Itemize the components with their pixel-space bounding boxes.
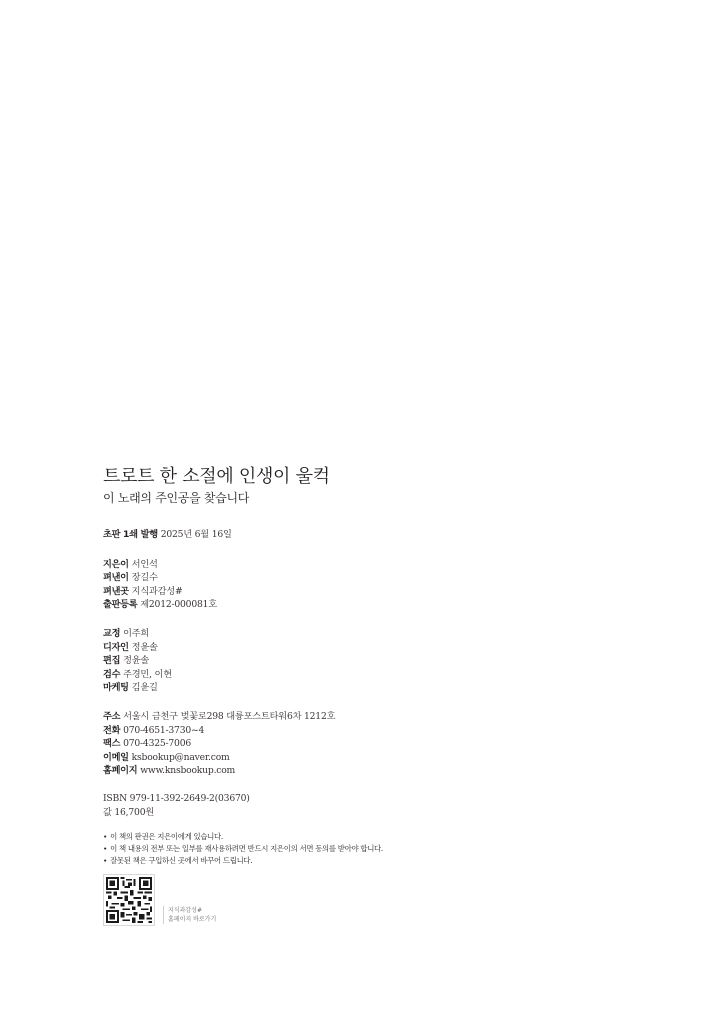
publisher-row: 펴낸곳 지식과감성# xyxy=(103,585,663,599)
fax-label: 팩스 xyxy=(103,738,120,749)
registration-label: 출판등록 xyxy=(103,599,137,610)
note-text: 이 책 내용의 전부 또는 일부를 재사용하려면 반드시 지은이의 서면 동의를… xyxy=(110,844,383,853)
homepage-label: 홈페이지 xyxy=(103,765,137,776)
colophon: 트로트 한 소절에 인생이 울컥 이 노래의 주인공을 찾습니다 초판 1쇄 발… xyxy=(103,466,663,867)
email-value: ksbookup@naver.com xyxy=(132,752,230,763)
registration-value: 제2012-000081호 xyxy=(140,599,217,610)
editing-label: 편집 xyxy=(103,655,120,666)
qr-caption-homepage-link[interactable]: 홈페이지 바로가기 xyxy=(168,915,216,924)
qr-caption-publisher: 지식과감성# xyxy=(168,906,216,915)
publisher-person-label: 펴낸이 xyxy=(103,572,129,583)
book-title: 트로트 한 소절에 인생이 울컥 xyxy=(103,466,663,488)
phone-row: 전화 070-4651-3730~4 xyxy=(103,724,663,738)
publisher-value: 지식과감성# xyxy=(132,586,183,597)
design-value: 정윤솔 xyxy=(132,642,158,653)
review-row: 검수 주경민, 이현 xyxy=(103,668,663,682)
isbn: ISBN 979-11-392-2649-2(03670) xyxy=(103,792,663,806)
homepage-row: 홈페이지 www.knsbookup.com xyxy=(103,764,663,778)
qr-caption: 지식과감성# 홈페이지 바로가기 xyxy=(163,906,216,924)
note-text: 이 책의 판권은 지은이에게 있습니다. xyxy=(110,832,223,841)
editing-row: 편집 정윤솔 xyxy=(103,654,663,668)
book-subtitle: 이 노래의 주인공을 찾습니다 xyxy=(103,490,663,506)
bullet-icon: • xyxy=(103,856,107,865)
review-label: 검수 xyxy=(103,669,120,680)
notes-list: •이 책의 판권은 지은이에게 있습니다. •이 책 내용의 전부 또는 일부를… xyxy=(103,831,663,867)
author-label: 지은이 xyxy=(103,559,129,570)
note-item: •이 책 내용의 전부 또는 일부를 재사용하려면 반드시 지은이의 서면 동의… xyxy=(103,843,663,855)
address-row: 주소 서울시 금천구 벚꽃로298 대륭포스트타워6차 1212호 xyxy=(103,710,663,724)
staff-block: 교정 이주희 디자인 정윤솔 편집 정윤솔 검수 주경민, 이현 마케팅 김윤길 xyxy=(103,627,663,695)
edition-label: 초판 1쇄 발행 xyxy=(103,529,158,540)
proofreading-label: 교정 xyxy=(103,628,120,639)
phone-label: 전화 xyxy=(103,725,120,736)
marketing-row: 마케팅 김윤길 xyxy=(103,681,663,695)
qr-code-icon[interactable] xyxy=(103,874,155,926)
marketing-value: 김윤길 xyxy=(132,682,158,693)
proofreading-value: 이주희 xyxy=(123,628,149,639)
author-row: 지은이 서인석 xyxy=(103,558,663,572)
note-text: 잘못된 책은 구입하신 곳에서 바꾸어 드립니다. xyxy=(110,856,252,865)
qr-section: 지식과감성# 홈페이지 바로가기 xyxy=(103,874,216,926)
publisher-label: 펴낸곳 xyxy=(103,586,129,597)
phone-value: 070-4651-3730~4 xyxy=(123,725,204,736)
address-value: 서울시 금천구 벚꽃로298 대륭포스트타워6차 1212호 xyxy=(123,711,335,722)
author-value: 서인석 xyxy=(132,559,158,570)
note-item: •이 책의 판권은 지은이에게 있습니다. xyxy=(103,831,663,843)
publishing-block: 지은이 서인석 펴낸이 장길수 펴낸곳 지식과감성# 출판등록 제2012-00… xyxy=(103,558,663,612)
fax-value: 070-4325-7006 xyxy=(123,738,191,749)
fax-row: 팩스 070-4325-7006 xyxy=(103,737,663,751)
note-item: •잘못된 책은 구입하신 곳에서 바꾸어 드립니다. xyxy=(103,855,663,867)
design-label: 디자인 xyxy=(103,642,129,653)
isbn-block: ISBN 979-11-392-2649-2(03670) 값 16,700원 xyxy=(103,792,663,819)
bullet-icon: • xyxy=(103,844,107,853)
review-value: 주경민, 이현 xyxy=(123,669,172,680)
email-row: 이메일 ksbookup@naver.com xyxy=(103,751,663,765)
edition-info: 초판 1쇄 발행 2025년 6월 16일 xyxy=(103,528,663,542)
price: 값 16,700원 xyxy=(103,806,663,820)
design-row: 디자인 정윤솔 xyxy=(103,641,663,655)
proofreading-row: 교정 이주희 xyxy=(103,627,663,641)
publisher-person-row: 펴낸이 장길수 xyxy=(103,571,663,585)
editing-value: 정윤솔 xyxy=(123,655,149,666)
edition-date: 2025년 6월 16일 xyxy=(161,529,232,540)
contact-block: 주소 서울시 금천구 벚꽃로298 대륭포스트타워6차 1212호 전화 070… xyxy=(103,710,663,778)
homepage-value: www.knsbookup.com xyxy=(140,765,235,776)
bullet-icon: • xyxy=(103,832,107,841)
registration-row: 출판등록 제2012-000081호 xyxy=(103,598,663,612)
marketing-label: 마케팅 xyxy=(103,682,129,693)
email-label: 이메일 xyxy=(103,752,129,763)
publisher-person-value: 장길수 xyxy=(132,572,158,583)
address-label: 주소 xyxy=(103,711,120,722)
